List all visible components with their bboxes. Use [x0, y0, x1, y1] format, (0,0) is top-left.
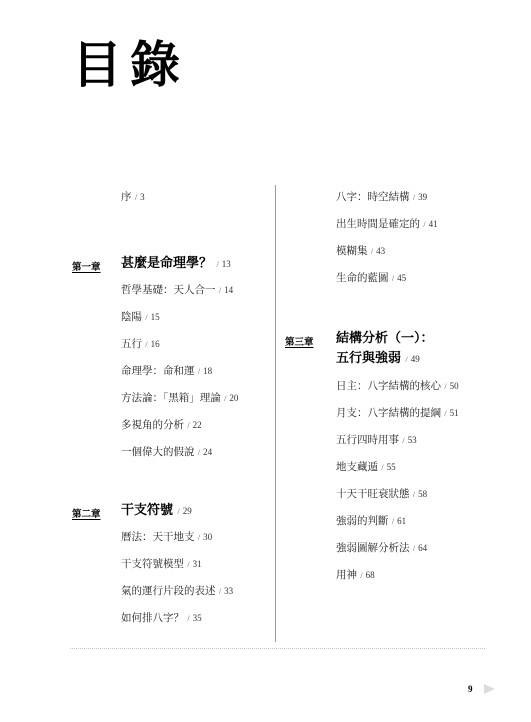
toc-entry[interactable]: 哲學基礎：天人合一 /14: [121, 283, 233, 298]
triangle-right-icon: [484, 684, 495, 694]
separator: /: [392, 274, 394, 283]
toc-chapter-3-line2[interactable]: 五行與強弱 /49: [336, 350, 420, 369]
toc-entry[interactable]: 命理學：命和運 /18: [121, 364, 212, 379]
entry-page: 30: [203, 532, 212, 542]
entry-page: 22: [193, 420, 202, 430]
separator: /: [178, 507, 180, 516]
toc-chapter-2[interactable]: 干支符號 /29: [121, 502, 192, 521]
toc-entry[interactable]: 用神 /68: [336, 568, 375, 583]
entry-page: 16: [151, 339, 160, 349]
separator: /: [224, 394, 226, 403]
separator: /: [198, 448, 200, 457]
footer-dotted-rule: [70, 648, 485, 649]
entry-label: 陰陽: [121, 311, 142, 323]
entry-label: 如何排八字？: [121, 612, 184, 624]
separator: /: [198, 533, 200, 542]
chapter-page: 49: [411, 354, 420, 364]
entry-label: 方法論：「黑箱」理論: [121, 392, 221, 404]
page-number: 9: [468, 684, 473, 694]
toc-entry[interactable]: 模糊集 /43: [336, 244, 385, 259]
entry-label: 地支藏遁: [336, 461, 378, 473]
toc-entry[interactable]: 方法論：「黑箱」理論 /20: [121, 391, 238, 406]
toc-entry[interactable]: 干支符號模型 /31: [121, 557, 202, 572]
entry-page: 41: [429, 219, 438, 229]
toc-entry[interactable]: 八字：時空結構 /39: [336, 190, 427, 205]
entry-page: 43: [376, 246, 385, 256]
chapter-label-1: 第一章: [72, 259, 101, 273]
toc-entry-preface[interactable]: 序 /3: [121, 190, 145, 205]
toc-entry[interactable]: 強弱圖解分析法 /64: [336, 541, 427, 556]
toc-entry[interactable]: 五行 /16: [121, 337, 160, 352]
entry-page: 51: [450, 408, 459, 418]
toc-entry[interactable]: 日主：八字結構的核心 /50: [336, 379, 459, 394]
entry-page: 14: [224, 285, 233, 295]
entry-page: 58: [418, 489, 427, 499]
separator: /: [402, 436, 404, 445]
separator: /: [360, 571, 362, 580]
toc-entry[interactable]: 出生時間是確定的 /41: [336, 217, 438, 232]
entry-label: 干支符號模型: [121, 558, 184, 570]
entry-page: 55: [387, 462, 396, 472]
entry-page: 3: [140, 192, 145, 202]
separator: /: [198, 367, 200, 376]
entry-label: 八字：時空結構: [336, 191, 410, 203]
separator: /: [381, 463, 383, 472]
separator: /: [444, 382, 446, 391]
toc-entry[interactable]: 十天干旺衰狀態 /58: [336, 487, 427, 502]
entry-label: 出生時間是確定的: [336, 218, 420, 230]
entry-page: 35: [193, 613, 202, 623]
separator: /: [413, 544, 415, 553]
entry-label: 氣的運行片段的表述: [121, 585, 216, 597]
toc-chapter-3-line1[interactable]: 結構分析（一）：: [336, 330, 434, 348]
entry-page: 53: [408, 435, 417, 445]
entry-label: 生命的藍圖: [336, 272, 389, 284]
chapter-page: 29: [183, 506, 192, 516]
separator: /: [413, 490, 415, 499]
entry-label: 命理學：命和運: [121, 365, 195, 377]
chapter-page: 13: [222, 259, 231, 269]
entry-page: 31: [193, 559, 202, 569]
entry-page: 15: [151, 312, 160, 322]
toc-entry[interactable]: 月支：八字結構的提綱 /51: [336, 406, 459, 421]
toc-chapter-1[interactable]: 甚麼是命理學？ /13: [121, 255, 231, 274]
entry-page: 39: [418, 192, 427, 202]
chapter-label-2: 第二章: [72, 506, 101, 520]
entry-label: 強弱圖解分析法: [336, 542, 410, 554]
separator: /: [444, 409, 446, 418]
toc-entry[interactable]: 曆法：天干地支 /30: [121, 530, 212, 545]
entry-label: 月支：八字結構的提綱: [336, 407, 441, 419]
separator: /: [392, 517, 394, 526]
separator: /: [371, 247, 373, 256]
entry-page: 68: [366, 570, 375, 580]
chapter-label-3: 第三章: [285, 334, 314, 348]
toc-entry[interactable]: 強弱的判斷 /61: [336, 514, 406, 529]
entry-label: 五行: [121, 338, 142, 350]
entry-label: 強弱的判斷: [336, 515, 389, 527]
separator: /: [145, 313, 147, 322]
entry-label: 五行四時用事: [336, 434, 399, 446]
separator: /: [423, 220, 425, 229]
toc-entry[interactable]: 生命的藍圖 /45: [336, 271, 406, 286]
entry-page: 50: [450, 381, 459, 391]
entry-page: 61: [397, 516, 406, 526]
entry-label: 多視角的分析: [121, 419, 184, 431]
chapter-title: 五行與強弱: [336, 351, 401, 366]
separator: /: [219, 587, 221, 596]
toc-entry[interactable]: 五行四時用事 /53: [336, 433, 417, 448]
entry-page: 20: [229, 393, 238, 403]
separator: /: [145, 340, 147, 349]
entry-page: 33: [224, 586, 233, 596]
toc-entry[interactable]: 地支藏遁 /55: [336, 460, 396, 475]
separator: /: [219, 286, 221, 295]
chapter-title: 結構分析（一）：: [336, 331, 434, 346]
separator: /: [187, 560, 189, 569]
toc-entry[interactable]: 如何排八字？ /35: [121, 611, 202, 626]
toc-entry[interactable]: 多視角的分析 /22: [121, 418, 202, 433]
entry-label: 十天干旺衰狀態: [336, 488, 410, 500]
entry-page: 45: [397, 273, 406, 283]
toc-entry[interactable]: 一個偉大的假說 /24: [121, 445, 212, 460]
entry-label: 日主：八字結構的核心: [336, 380, 441, 392]
separator: /: [135, 193, 137, 202]
toc-entry[interactable]: 陰陽 /15: [121, 310, 160, 325]
entry-label: 序: [121, 191, 132, 203]
entry-page: 24: [203, 447, 212, 457]
entry-label: 哲學基礎：天人合一: [121, 284, 216, 296]
entry-label: 一個偉大的假說: [121, 446, 195, 458]
entry-label: 用神: [336, 569, 357, 581]
column-divider: [275, 185, 276, 642]
toc-entry[interactable]: 氣的運行片段的表述 /33: [121, 584, 233, 599]
entry-label: 模糊集: [336, 245, 368, 257]
separator: /: [413, 193, 415, 202]
separator: /: [217, 260, 219, 269]
entry-label: 曆法：天干地支: [121, 531, 195, 543]
separator: /: [187, 614, 189, 623]
page-title: 目錄: [72, 40, 188, 90]
chapter-title: 甚麼是命理學？: [121, 256, 212, 271]
separator: /: [406, 355, 408, 364]
entry-page: 64: [418, 543, 427, 553]
separator: /: [187, 421, 189, 430]
entry-page: 18: [203, 366, 212, 376]
chapter-title: 干支符號: [121, 503, 173, 518]
